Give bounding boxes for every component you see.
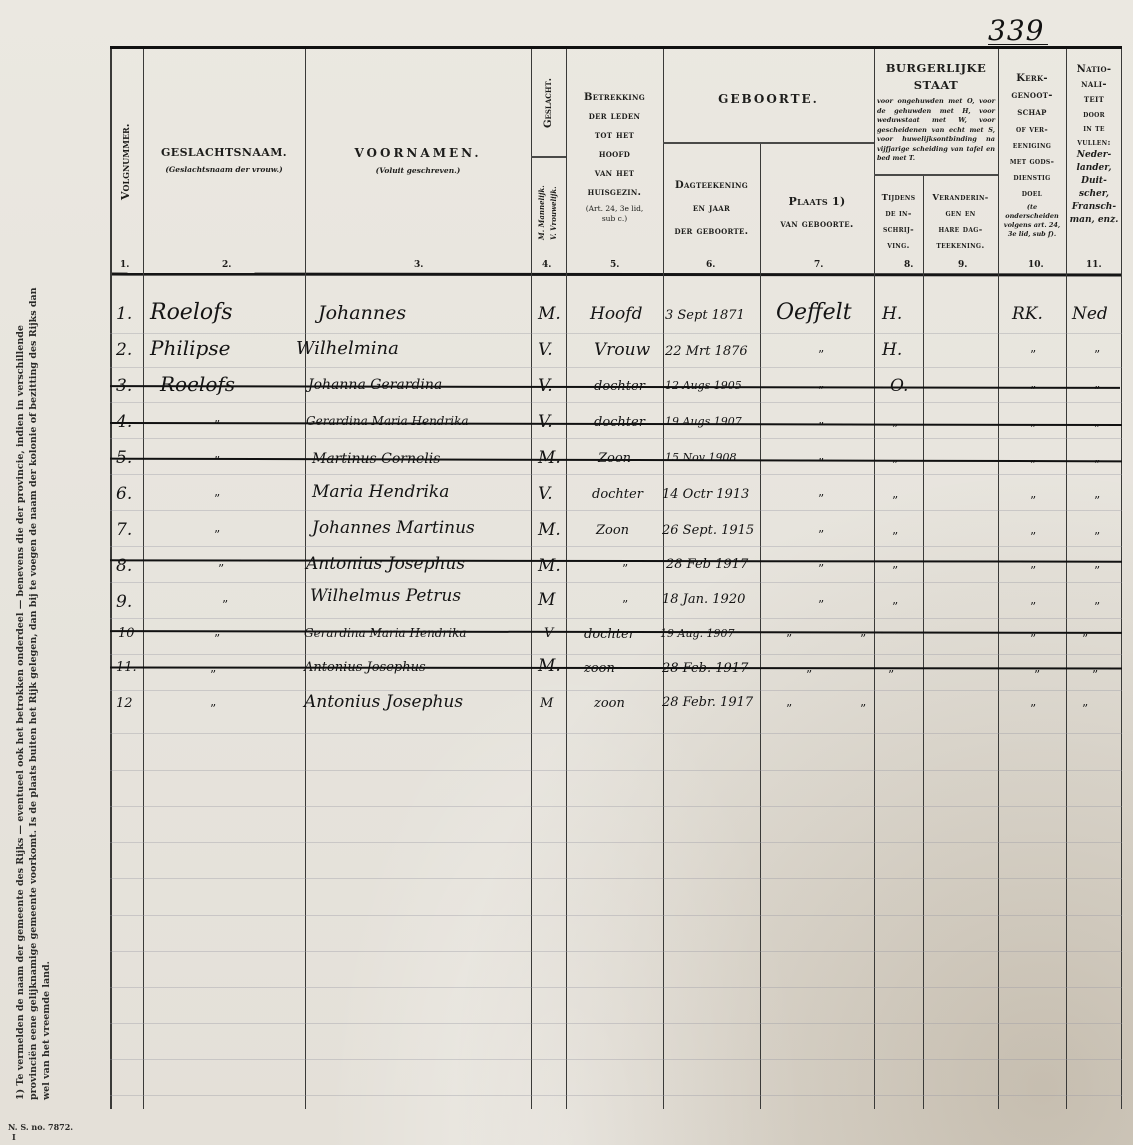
header-geslachtsnaam: GESLACHTSNAAM. (Geslachtsnaam der vrouw.… [143,146,305,174]
row-2-relation: Vrouw [594,340,650,360]
header-kerkgenootschap: Kerk- genoot- schap of ver- eeniging met… [998,70,1066,239]
header-burgerlijke-staat-title: BURGERLIJKE STAAT [874,60,998,94]
row-5-birth-date: 15 Nov 1908 [665,451,736,464]
row-4-birth-place: ” [818,420,824,434]
row-1-relation: Hoofd [590,304,642,324]
header-geboorte-group: GEBOORTE. [663,92,874,106]
header-rule [110,273,1122,276]
header-line: der leden [566,107,663,126]
row-10-relation: dochter [584,627,635,642]
header-line: Kerk- [998,70,1066,87]
row-7-nr: 7. [116,520,132,540]
row-6-nr: 6. [116,484,132,504]
header-line: Duit- [1066,175,1122,188]
ruled-line [110,654,1122,655]
row-7-birth-date: 26 Sept. 1915 [662,523,754,538]
row-10-sex: V [544,626,553,641]
row-1-sex: M. [538,304,561,324]
top-rule [110,46,1122,49]
row-6-religion: ” [1030,494,1036,508]
header-burgerlijke-staat-group: BURGERLIJKE STAAT voor ongehuwden met O,… [874,60,998,164]
row-12-sex: M [540,696,553,711]
header-voornamen: VOORNAMEN. (Voluit geschreven.) [305,146,531,175]
row-10-civil-at-reg: ” [860,632,866,646]
row-12-birth-place: ” [786,702,792,716]
row-6-birth-date: 14 Octr 1913 [662,487,749,502]
row-7-birth-place: ” [818,528,824,542]
ruled-line [110,367,1122,368]
row-1-nr: 1. [116,304,132,324]
row-6-birth-place: ” [818,492,824,506]
row-9-nr: 9. [116,592,132,612]
header-line: van geboorte. [760,215,874,234]
ruled-line [110,733,1122,734]
header-line: Dagteekening [663,176,760,195]
header-line: lander, [1066,162,1122,175]
column-divider [760,142,761,1109]
column-divider [531,49,532,1109]
header-line: en jaar [663,199,760,218]
row-9-given: Wilhelmus Petrus [310,586,461,606]
header-voornamen-subtitle: (Voluit geschreven.) [305,166,531,175]
column-number: 2. [222,260,231,270]
printer-mark-text: N. S. no. 7872. [8,1122,73,1132]
header-line: vullen: [1066,135,1122,149]
header-line: gen en [923,206,998,222]
ruled-line [110,402,1122,403]
column-number: 10. [1028,260,1044,270]
header-line: Neder- [1066,149,1122,162]
row-7-given: Johannes Martinus [312,518,475,538]
ruled-line [110,546,1122,547]
row-9-civil-at-reg: ” [892,600,898,614]
header-line: Betrekking [566,88,663,107]
header-line: man, enz. [1066,214,1122,227]
ruled-line [110,951,1122,952]
column-number: 9. [958,260,967,270]
register-page: 339 Volgnummer. GESLACHTSNAAM. (Geslacht… [0,0,1133,1145]
row-10-birth-date: 19 Aug. 1907 [660,627,735,640]
header-line: van het [566,164,663,183]
row-11-civil-at-reg: ” [888,668,894,682]
header-veranderingen: Veranderin- gen en hare dag- teekening. [923,190,998,254]
row-9-sex: M [538,590,555,610]
row-6-nationality: ” [1094,494,1100,508]
row-12-nationality: ” [1082,702,1088,716]
column-divider [110,49,112,1109]
row-2-nationality: ” [1094,348,1100,362]
row-8-birth-place: ” [818,562,824,576]
row-9-birth-date: 18 Jan. 1920 [662,592,745,607]
header-nationaliteit: Natio- nali- teit door in te vullen: Ned… [1066,62,1122,227]
header-line: Veranderin- [923,190,998,206]
row-5-surname: ” [214,454,220,468]
column-number: 11. [1086,260,1102,270]
header-line: dienstig [998,169,1066,185]
ruled-line [110,1023,1122,1024]
row-9-relation: ” [622,598,628,612]
row-12-birth-date: 28 Febr. 1917 [662,695,753,710]
header-line: de in- [874,206,923,222]
header-line: ving. [874,238,923,254]
row-12-given: Antonius Josephus [304,692,463,712]
ruled-line [110,1095,1122,1096]
row-12-civil-at-reg: ” [860,702,866,716]
header-subdivider [874,174,998,176]
header-line: hare dag- [923,222,998,238]
row-11-surname: ” [210,668,216,682]
row-2-given: Wilhelmina [296,338,399,359]
header-line: teit [1066,92,1122,107]
ruled-line [110,438,1122,439]
row-3-surname: Roelofs [160,372,235,396]
row-9-religion: ” [1030,600,1036,614]
row-9-birth-place: ” [818,598,824,612]
row-1-civil-at-reg: H. [882,304,902,324]
row-4-given: Gerardina Maria Hendrika [306,414,469,428]
ruled-line [110,770,1122,771]
row-7-sex: M. [538,520,561,540]
header-line: hoofd [566,145,663,164]
row-8-civil-at-reg: ” [892,564,898,578]
header-voornamen-title: VOORNAMEN. [305,146,531,160]
header-subdivider [531,156,566,158]
column-divider [143,49,144,1109]
page-number: 339 [988,14,1044,47]
header-line: Tijdens [874,190,923,206]
column-number: 6. [706,260,715,270]
header-line: tot het [566,126,663,145]
row-2-surname: Philipse [150,336,230,360]
header-line: door [1066,107,1122,121]
header-geslachtsnaam-subtitle: (Geslachtsnaam der vrouw.) [143,165,305,174]
row-12-nr: 12 [116,696,133,711]
header-plaats: Plaats 1) van geboorte. [760,192,874,234]
row-10-nationality: ” [1082,632,1088,646]
header-line: schap [998,104,1066,121]
column-number: 5. [610,260,619,270]
ruled-line [110,915,1122,916]
row-7-religion: ” [1030,530,1036,544]
row-1-birth-place: Oeffelt [776,300,852,325]
column-number: 1. [120,260,129,270]
row-2-sex: V. [538,340,553,360]
row-5-birth-place: ” [818,456,824,470]
header-line: scher, [1066,188,1122,201]
row-10-birth-place: ” [786,632,792,646]
header-line: in te [1066,121,1122,135]
header-line: of ver- [998,121,1066,137]
header-geslacht-v: V. Vrouwelijk. [549,186,558,240]
row-7-relation: Zoon [596,523,629,538]
ruled-line [110,1059,1122,1060]
row-9-surname: ” [222,598,228,612]
header-line: nali- [1066,77,1122,92]
ruled-line [110,806,1122,807]
row-10-religion: ” [1030,632,1036,646]
row-11-strikethrough [110,666,1122,669]
row-7-civil-at-reg: ” [892,530,898,544]
ruled-line [110,510,1122,511]
row-10-nr: 10 [118,626,135,641]
column-number: 7. [814,260,823,270]
header-line: teekening. [923,238,998,254]
column-divider [923,175,924,1109]
column-number: 4. [542,260,551,270]
header-geslacht: Geslacht. [543,78,554,128]
row-8-surname: ” [218,562,224,576]
header-dagteekening: Dagteekening en jaar der geboorte. [663,176,760,241]
row-1-birth-date: 3 Sept 1871 [665,308,745,323]
row-12-religion: ” [1030,702,1036,716]
header-subdivider [663,142,874,144]
header-volgnummer: Volgnummer. [119,123,132,200]
header-line: Fransch- [1066,201,1122,214]
row-11-birth-place: ” [806,668,812,682]
row-8-relation: ” [622,562,628,576]
row-1-religion: RK. [1012,304,1043,324]
row-10-given: Gerardina Maria Hendrika [304,626,467,640]
row-12-surname: ” [210,702,216,716]
row-1-surname: Roelofs [150,300,233,325]
header-line: Natio- [1066,62,1122,77]
row-9-nationality: ” [1094,600,1100,614]
ruled-line [110,474,1122,475]
row-6-relation: dochter [592,487,643,502]
column-number: 8. [904,260,913,270]
footnote: 1) Te vermelden de naam der gemeente des… [14,280,53,1100]
row-1-given: Johannes [318,302,406,324]
row-8-religion: ” [1030,564,1036,578]
header-tijdens-inschrijving: Tijdens de in- schrij- ving. [874,190,923,254]
header-line: met gods- [998,153,1066,169]
ruled-line [110,987,1122,988]
header-line: eeniging [998,137,1066,153]
row-2-birth-place: ” [818,348,824,362]
row-2-birth-date: 22 Mrt 1876 [665,344,748,359]
row-11-nationality: ” [1092,668,1098,682]
row-8-nationality: ” [1094,564,1100,578]
header-line: genoot- [998,87,1066,104]
row-6-given: Maria Hendrika [312,482,449,502]
header-burgerlijke-staat-note: voor ongehuwden met O, voor de gehuwden … [874,94,998,164]
header-kerkgenootschap-note: (te onderscheiden volgens art. 24, 3e li… [998,201,1066,239]
row-2-religion: ” [1030,348,1036,362]
row-7-nationality: ” [1094,530,1100,544]
ruled-line [110,582,1122,583]
printer-mark: N. S. no. 7872. I [8,1122,73,1142]
row-11-religion: ” [1034,668,1040,682]
header-betrekking: Betrekking der leden tot het hoofd van h… [566,88,663,224]
header-line: doel [998,185,1066,201]
ruled-line [110,690,1122,691]
header-line: Plaats 1) [760,192,874,211]
row-2-civil-at-reg: H. [882,340,902,360]
ruled-line [110,878,1122,879]
row-12-relation: zoon [594,696,625,711]
header-line: schrij- [874,222,923,238]
column-number: 3. [414,260,423,270]
ruled-line [110,842,1122,843]
row-7-surname: ” [214,528,220,542]
ruled-line [110,333,1122,334]
row-8-strikethrough [110,559,1122,562]
row-2-nr: 2. [116,340,132,360]
row-6-surname: ” [214,492,220,506]
header-geslacht-m: M. Mannelijk. [537,185,546,240]
printer-mark-sub: I [8,1132,73,1142]
header-betrekking-note: (Art. 24, 3e lid, sub c.) [585,204,645,224]
header-geslachtsnaam-title: GESLACHTSNAAM. [143,146,305,159]
header-line: huisgezin. [566,183,663,202]
row-4-surname: ” [214,418,220,432]
ruled-line [110,618,1122,619]
row-10-surname: ” [214,632,220,646]
header-line: der geboorte. [663,222,760,241]
row-6-civil-at-reg: ” [892,494,898,508]
column-divider [305,49,306,1109]
row-1-nationality: Ned [1072,304,1108,324]
row-4-birth-date: 19 Augs 1907 [665,415,742,428]
row-8-given: Antonius Josephus [306,554,465,574]
row-6-sex: V. [538,484,553,504]
